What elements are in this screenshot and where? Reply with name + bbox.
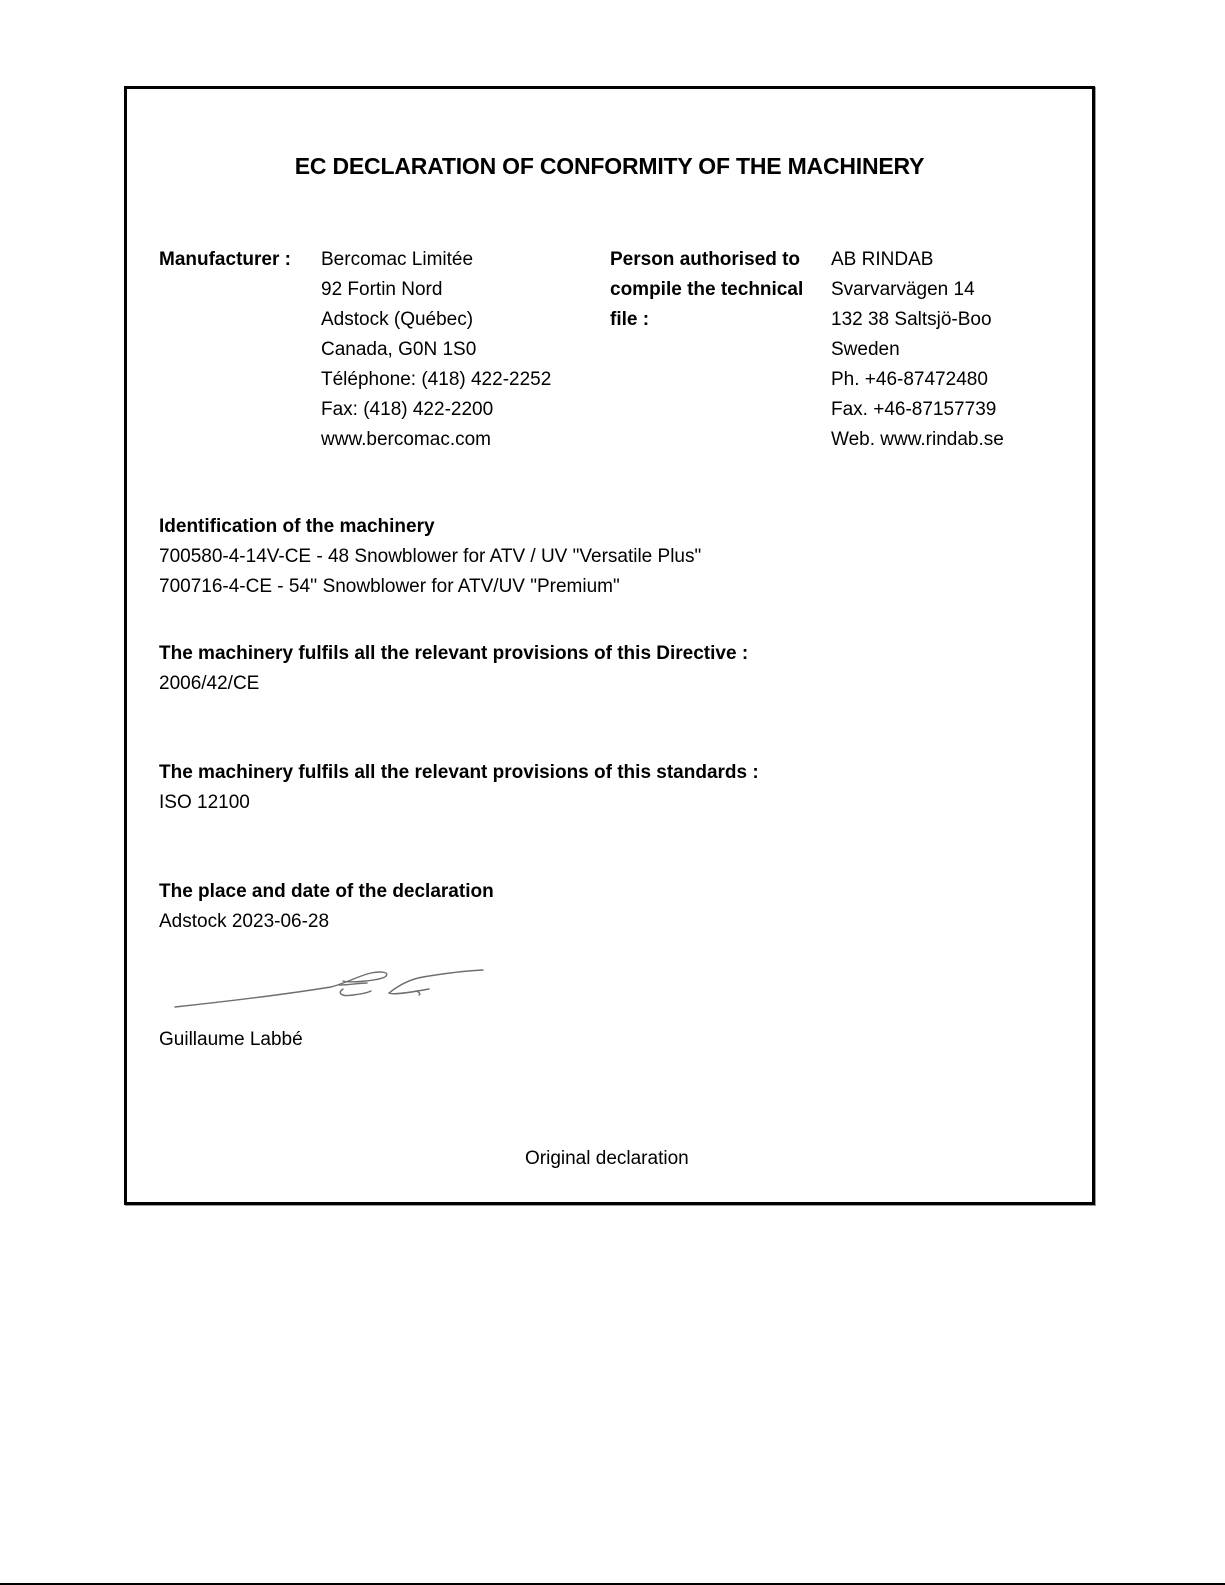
manufacturer-label: Manufacturer : bbox=[159, 245, 291, 275]
declaration-frame: EC DECLARATION OF CONFORMITY OF THE MACH… bbox=[124, 86, 1095, 1205]
authorised-person-address: AB RINDAB Svarvarvägen 14 132 38 Saltsjö… bbox=[831, 245, 1004, 455]
document-title: EC DECLARATION OF CONFORMITY OF THE MACH… bbox=[127, 153, 1092, 180]
authorised-person-website: Web. www.rindab.se bbox=[831, 425, 1004, 455]
authorised-person-label-line: file : bbox=[610, 305, 803, 335]
manufacturer-phone: Téléphone: (418) 422-2252 bbox=[321, 365, 551, 395]
authorised-person-city: 132 38 Saltsjö-Boo bbox=[831, 305, 1004, 335]
authorised-person-label: Person authorised to compile the technic… bbox=[610, 245, 803, 335]
manufacturer-name: Bercomac Limitée bbox=[321, 245, 551, 275]
place-date-heading: The place and date of the declaration bbox=[159, 877, 494, 907]
authorised-person-label-line: compile the technical bbox=[610, 275, 803, 305]
manufacturer-street: 92 Fortin Nord bbox=[321, 275, 551, 305]
machinery-item: 700716-4-CE - 54'' Snowblower for ATV/UV… bbox=[159, 572, 701, 602]
signatory-name: Guillaume Labbé bbox=[159, 1025, 303, 1055]
authorised-person-street: Svarvarvägen 14 bbox=[831, 275, 1004, 305]
manufacturer-country: Canada, G0N 1S0 bbox=[321, 335, 551, 365]
authorised-person-phone: Ph. +46-87472480 bbox=[831, 365, 1004, 395]
standards-value: ISO 12100 bbox=[159, 788, 250, 818]
place-date-value: Adstock 2023-06-28 bbox=[159, 907, 329, 937]
identification-heading: Identification of the machinery bbox=[159, 512, 435, 542]
manufacturer-fax: Fax: (418) 422-2200 bbox=[321, 395, 551, 425]
authorised-person-label-line: Person authorised to bbox=[610, 245, 803, 275]
original-declaration-note: Original declaration bbox=[525, 1144, 689, 1174]
machinery-list: 700580-4-14V-CE - 48 Snowblower for ATV … bbox=[159, 542, 701, 602]
directive-heading: The machinery fulfils all the relevant p… bbox=[159, 639, 748, 669]
authorised-person-fax: Fax. +46-87157739 bbox=[831, 395, 1004, 425]
manufacturer-address: Bercomac Limitée 92 Fortin Nord Adstock … bbox=[321, 245, 551, 455]
authorised-person-name: AB RINDAB bbox=[831, 245, 1004, 275]
manufacturer-website: www.bercomac.com bbox=[321, 425, 551, 455]
directive-value: 2006/42/CE bbox=[159, 669, 259, 699]
signature-image bbox=[171, 961, 491, 1021]
machinery-item: 700580-4-14V-CE - 48 Snowblower for ATV … bbox=[159, 542, 701, 572]
standards-heading: The machinery fulfils all the relevant p… bbox=[159, 758, 759, 788]
manufacturer-city: Adstock (Québec) bbox=[321, 305, 551, 335]
authorised-person-country: Sweden bbox=[831, 335, 1004, 365]
